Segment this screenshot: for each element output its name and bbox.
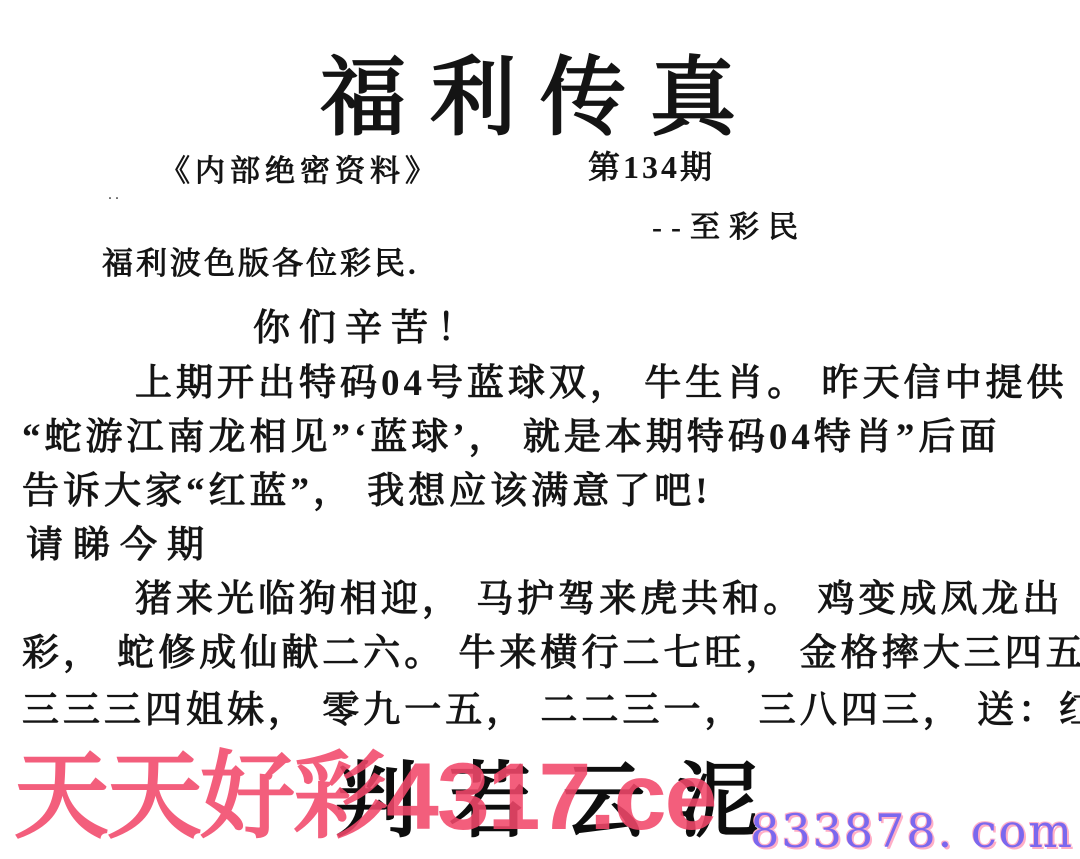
paragraph1-line3: 告诉大家“红蓝”， 我想应该满意了吧!: [22, 460, 712, 514]
site-url-watermark: 833878. com: [750, 804, 1074, 858]
paragraph1-line2: “蛇游江南龙相见”‘蓝球’， 就是本期特码04特肖”后面: [22, 406, 1000, 460]
paragraph2-line3: 三三三四姐妹， 零九一五， 二二三一， 三八四三， 送：红蓝: [22, 679, 1080, 733]
paragraph2-line2: 彩， 蛇修成仙献二六。 牛来横行二七旺， 金格摔大三四五。: [22, 622, 1080, 676]
page-title: 福利传真: [0, 28, 1080, 152]
fax-sheet: { "header": { "title": "福利传真", "classifi…: [0, 0, 1080, 859]
salutation-to-players: --至彩民: [652, 202, 807, 246]
issue-number: 第134期: [588, 142, 715, 188]
stray-dots-mark: ..: [108, 186, 122, 204]
pink-watermark-brand: 天天好彩4317.ce: [14, 750, 715, 845]
paragraph1-line4: 请睇今期: [26, 514, 214, 568]
greeting-line: 你们辛苦！: [253, 297, 483, 351]
paragraph2-line1: 猪来光临狗相迎， 马护驾来虎共和。 鸡变成凤龙出: [135, 568, 1064, 622]
audience-line: 福利波色版各位彩民.: [102, 238, 419, 283]
classified-label: 《内部绝密资料》: [160, 146, 440, 190]
paragraph1-line1: 上期开出特码04号蓝球双， 牛生肖。 昨天信中提供: [135, 352, 1068, 406]
